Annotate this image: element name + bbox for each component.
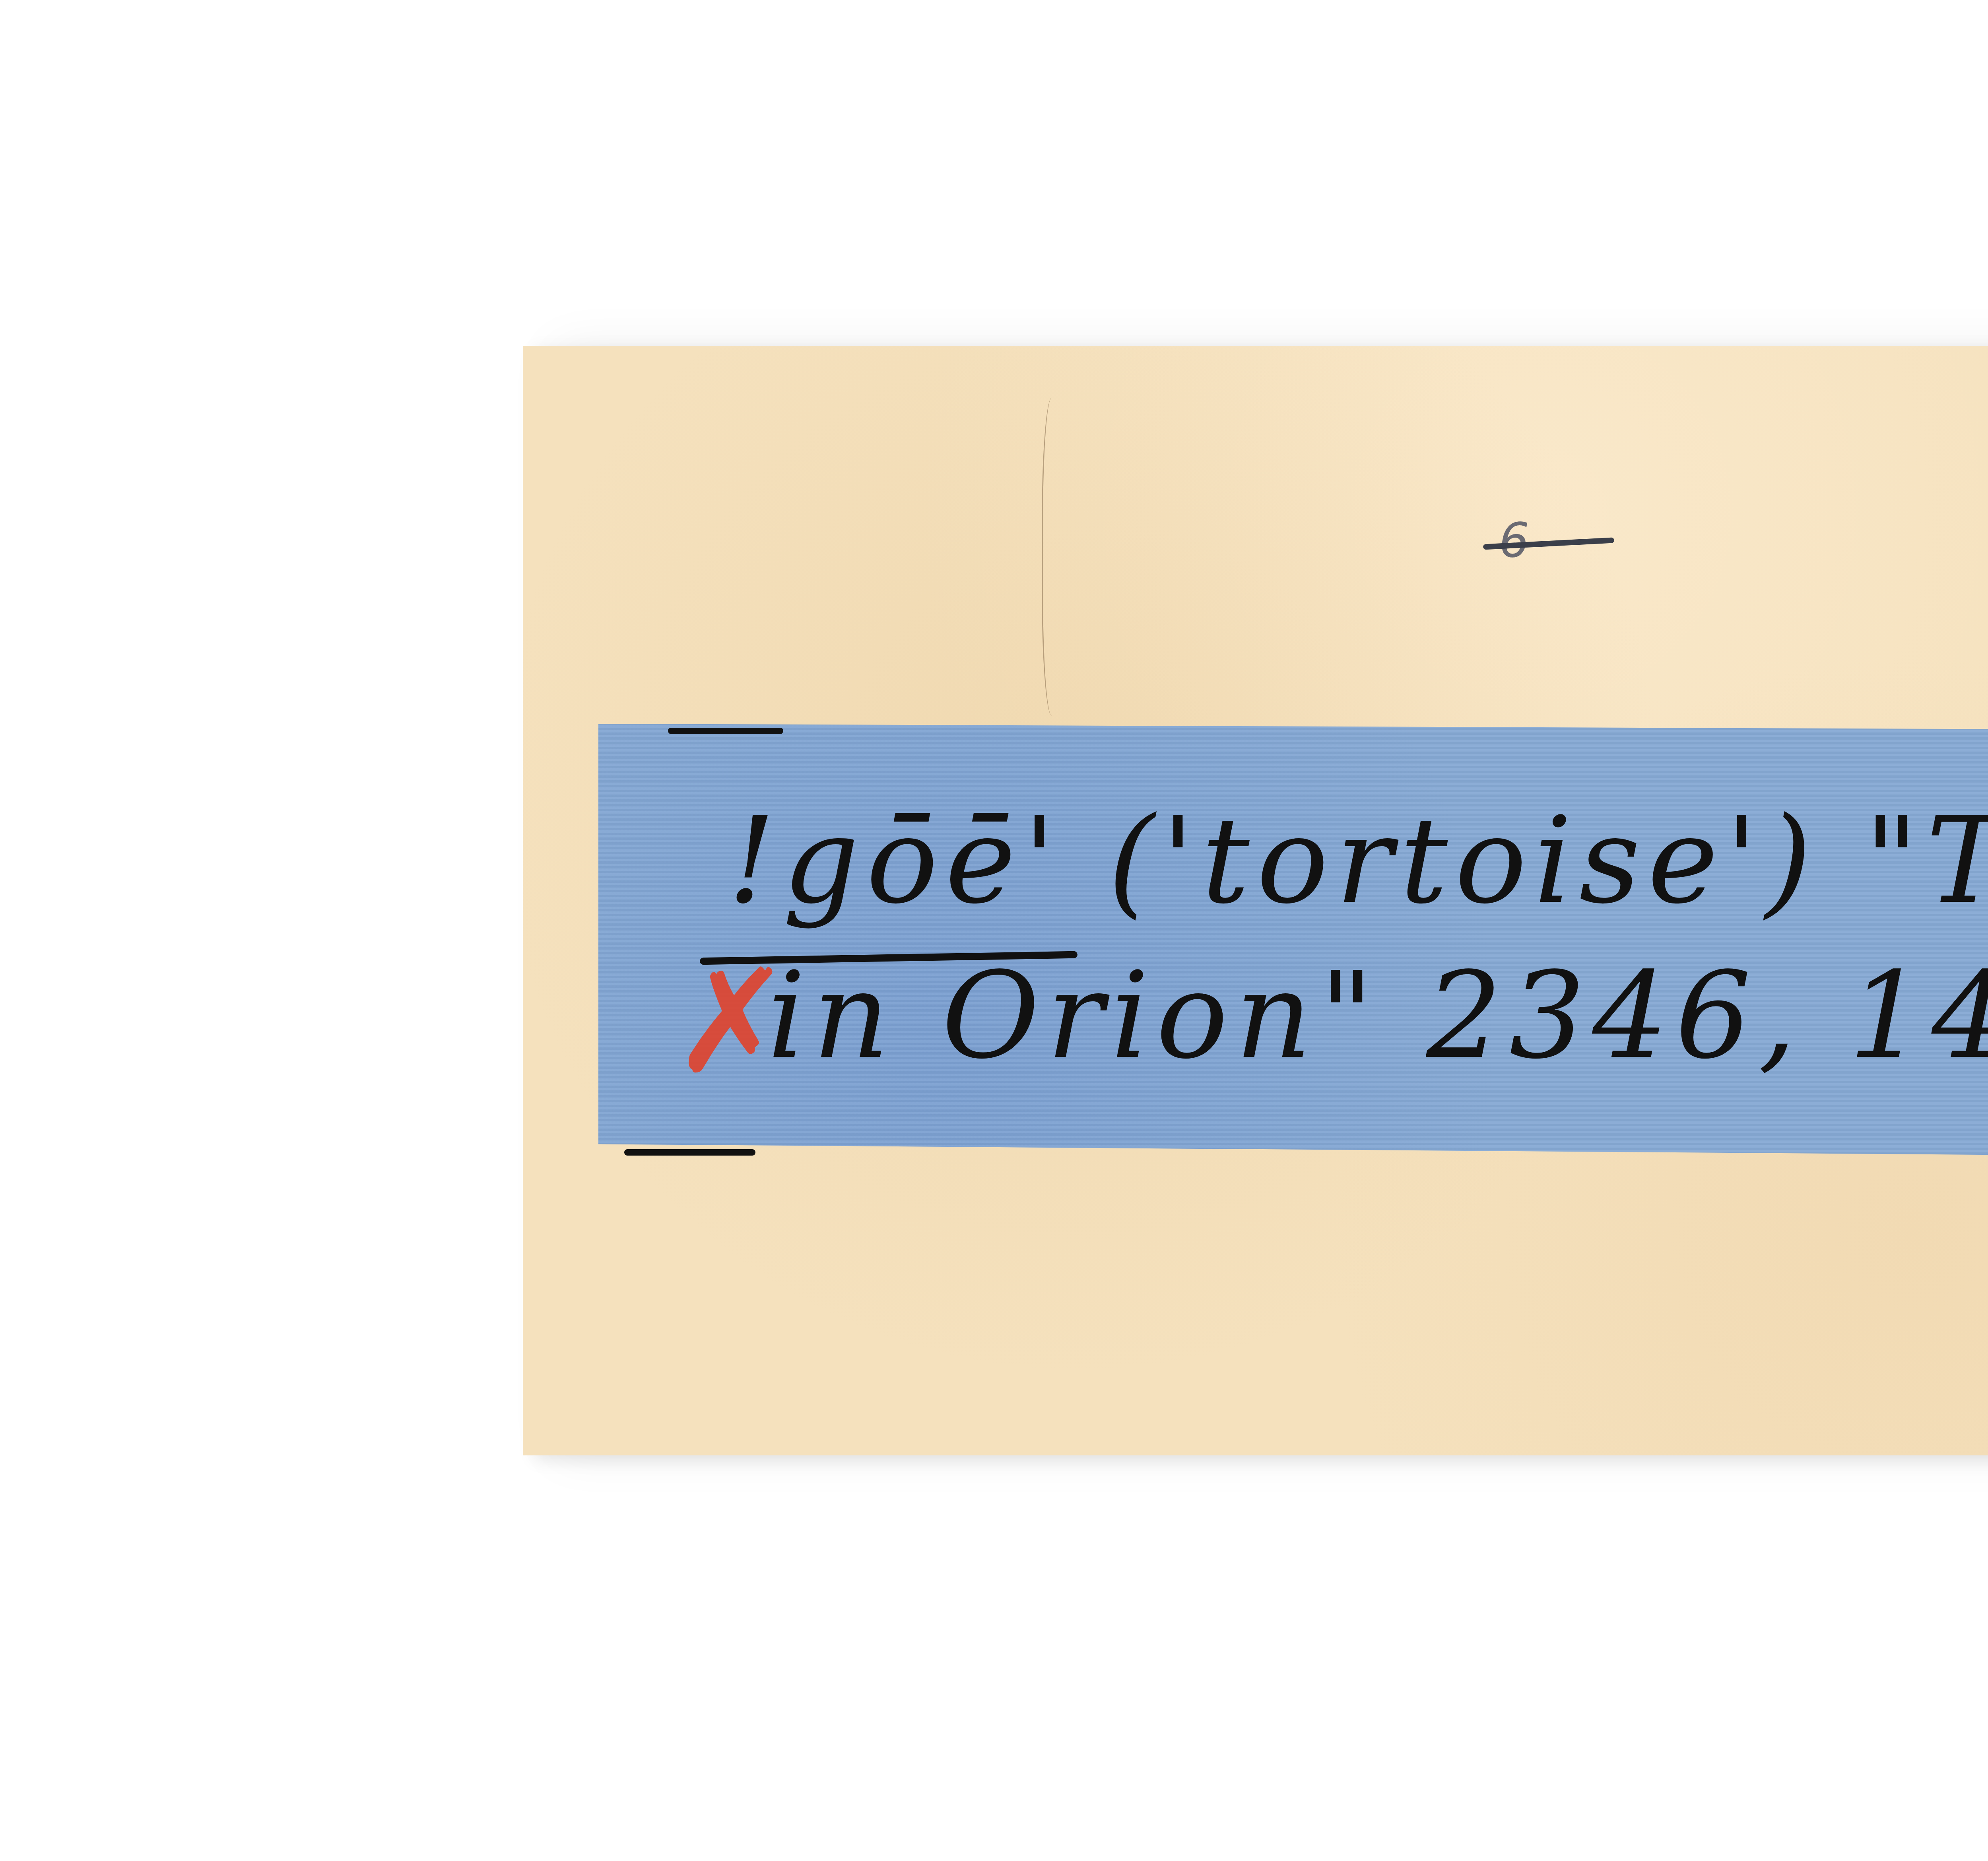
ink-tick-mark-top [668,728,783,734]
pencil-annotation: 6 [1483,513,1626,569]
blue-paper-strip [598,724,1988,1157]
paper-crease-line [1042,398,1067,716]
handwritten-line-1: !gōē' ('tortoise') "Three [728,791,1988,930]
handwritten-line-2: in Orion" 2346, 14; [767,946,1988,1085]
ink-tick-mark-bottom [624,1149,755,1156]
pencil-number: 6 [1499,513,1529,568]
